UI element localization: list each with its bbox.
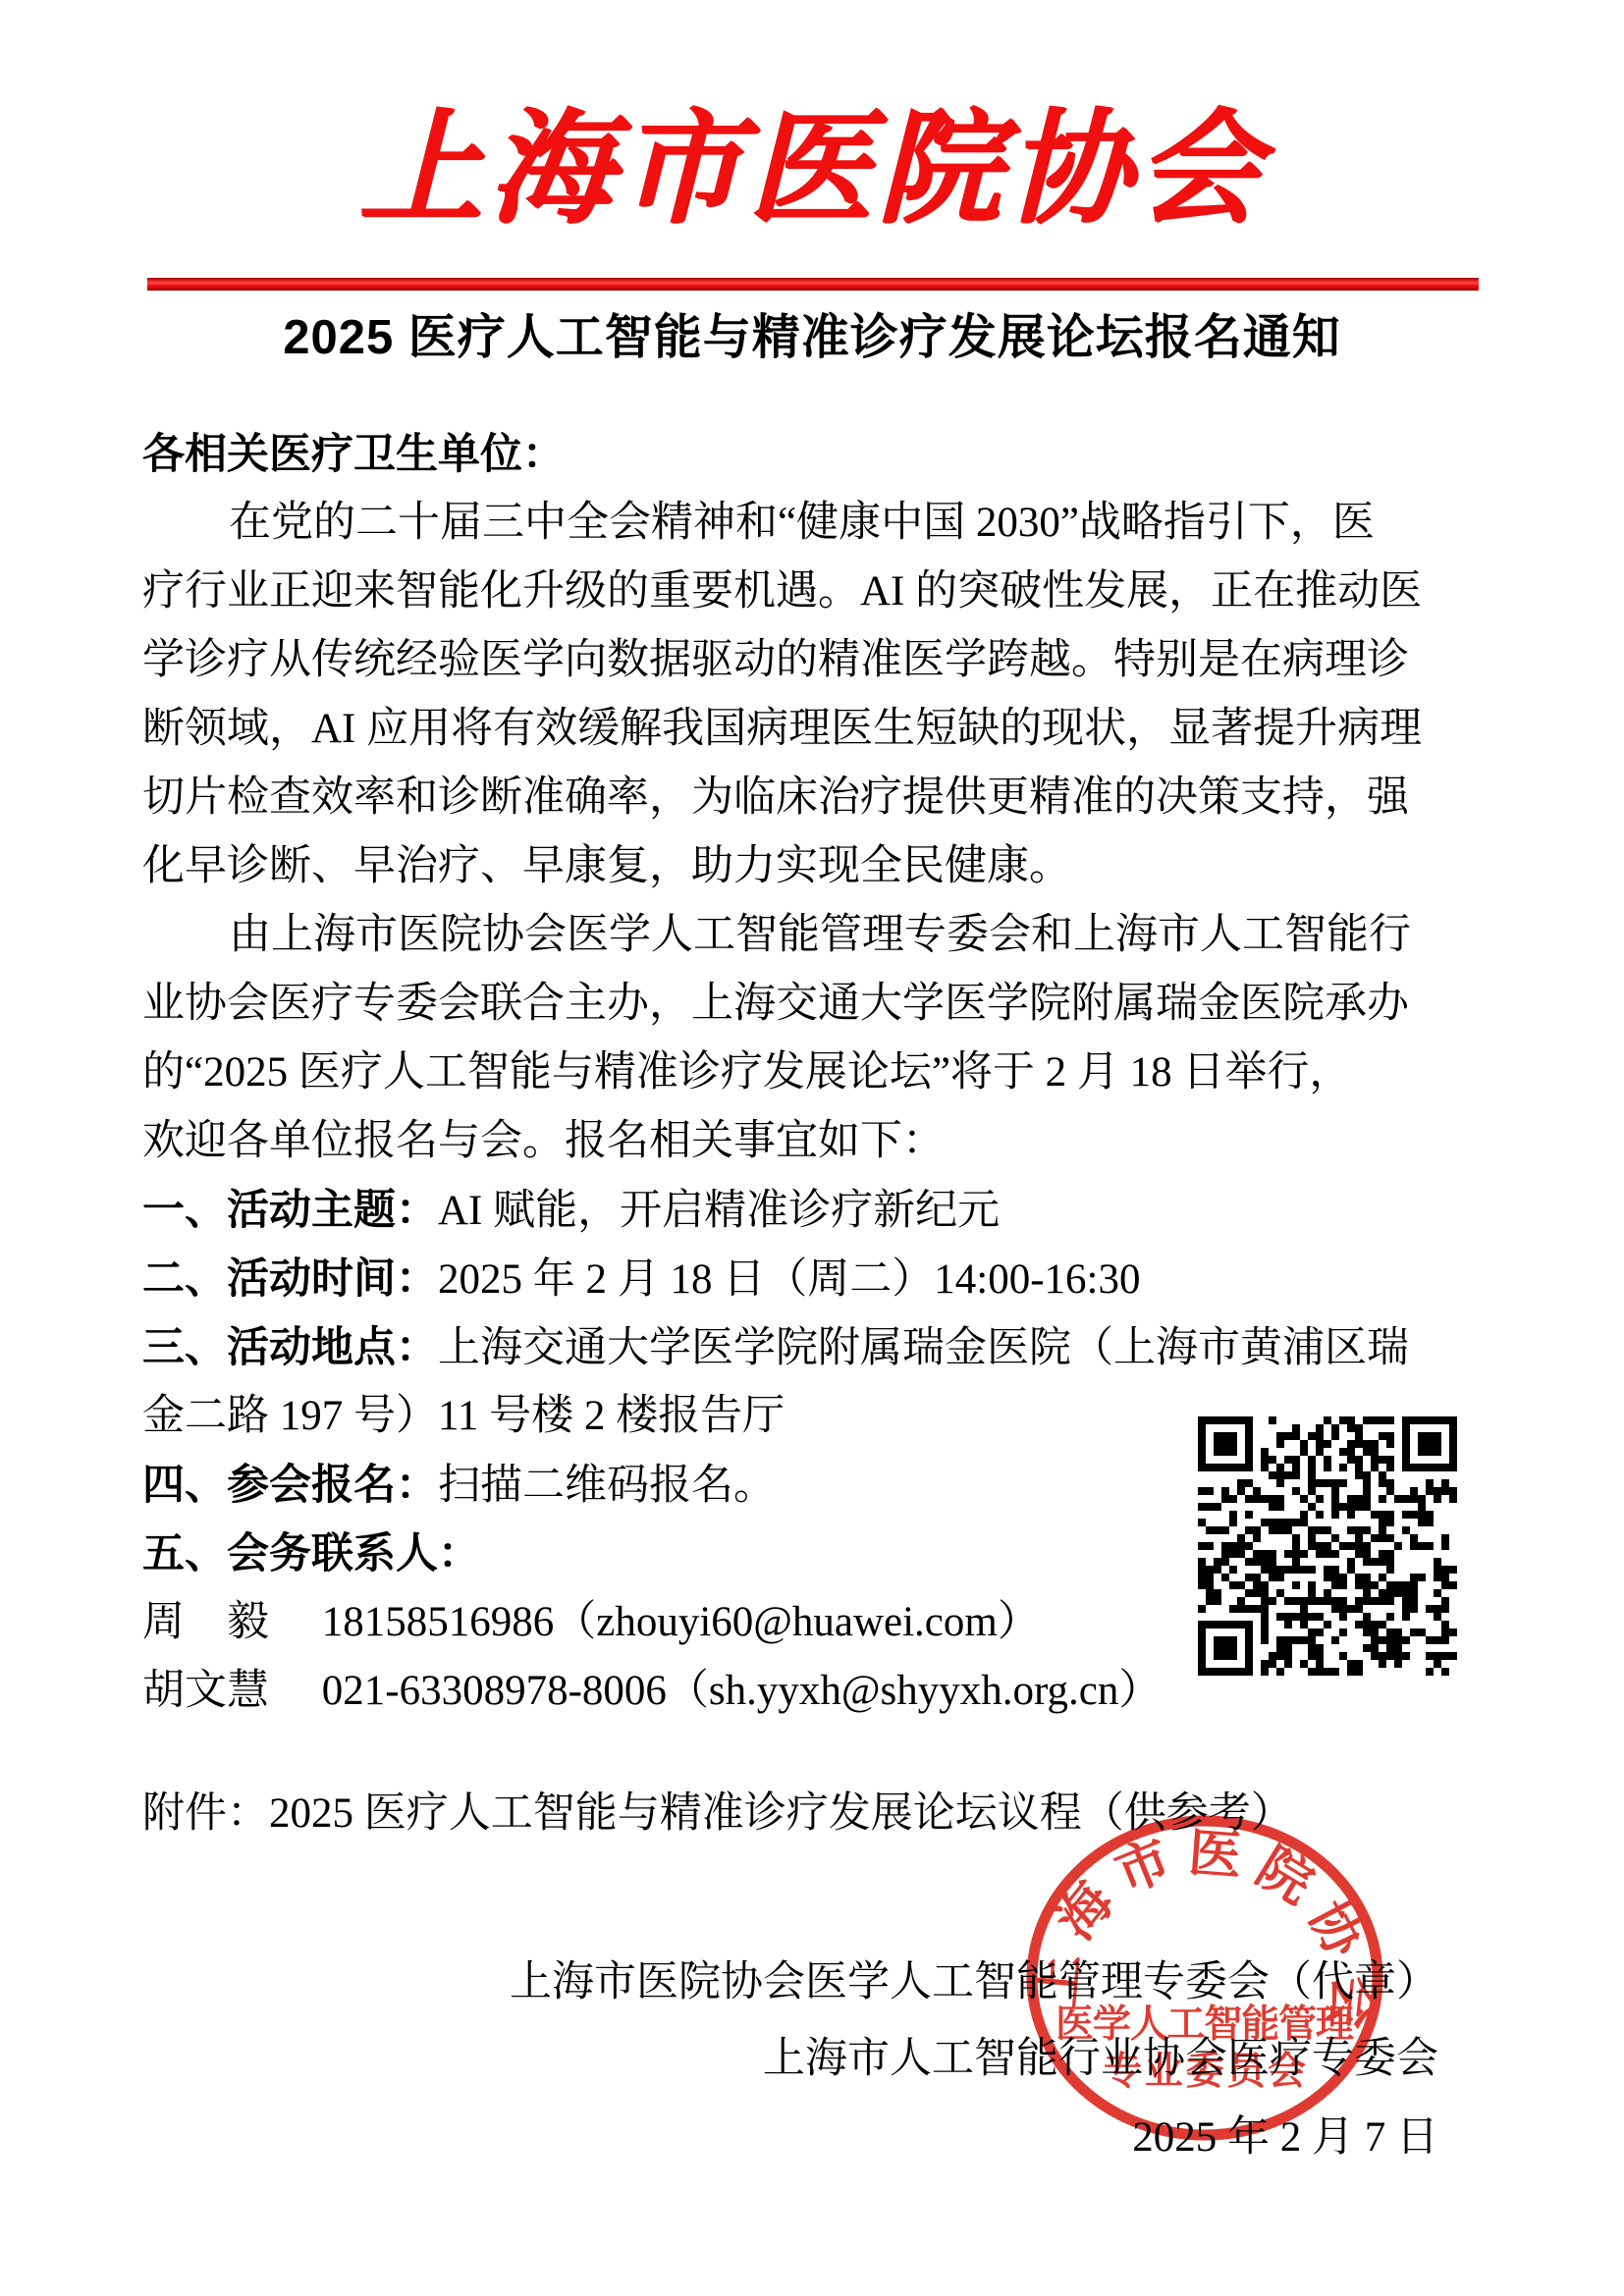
item-venue-label: 三、活动地点：: [142, 1324, 438, 1371]
letterhead-divider-rule: [147, 278, 1479, 291]
item-theme-label: 一、活动主题：: [142, 1187, 438, 1234]
signature-date: 2025 年 2 月 7 日: [142, 2112, 1438, 2163]
signature-committee-2: 上海市人工智能行业协会医疗专委会: [142, 2034, 1438, 2085]
signature-committee-1: 上海市医院协会医学人工智能管理专委会（代章）: [142, 1957, 1438, 2008]
paragraph1-line: 疗行业正迎来智能化升级的重要机遇。AI 的突破性发展，正在推动医: [142, 558, 1488, 626]
item-time-text: 2025 年 2 月 18 日（周二）14:00-16:30: [438, 1256, 1140, 1303]
item-theme: 一、活动主题：AI 赋能，开启精准诊疗新纪元: [142, 1176, 1488, 1245]
item-registration-label: 四、参会报名：: [142, 1462, 438, 1509]
item-time-label: 二、活动时间：: [142, 1255, 438, 1303]
paragraph2-line: 业协会医疗专委会联合主办，上海交通大学医学院附属瑞金医院承办: [142, 970, 1488, 1039]
item-registration-text: 扫描二维码报名。: [438, 1463, 776, 1509]
org-letterhead-title: 上海市医院协会: [0, 106, 1624, 236]
notice-page: { "doc": { "org_header": "上海市医院协会", "tit…: [0, 0, 1624, 2296]
item-contacts-label: 五、会务联系人：: [142, 1530, 480, 1577]
paragraph1-line: 断领域，AI 应用将有效缓解我国病理医生短缺的现状，显著提升病理: [142, 695, 1488, 764]
item-theme-text: AI 赋能，开启精准诊疗新纪元: [438, 1188, 1000, 1234]
item-time: 二、活动时间：2025 年 2 月 18 日（周二）14:00-16:30: [142, 1245, 1488, 1313]
qr-code-image: [1198, 1416, 1457, 1676]
paragraph1-line: 切片检查效率和诊断准确率，为临床治疗提供更精准的决策支持，强: [142, 764, 1488, 832]
paragraph2-line: 由上海市医院协会医学人工智能管理专委会和上海市人工智能行: [142, 901, 1488, 970]
item-venue: 三、活动地点：上海交通大学医学院附属瑞金医院（上海市黄浦区瑞: [142, 1313, 1488, 1382]
paragraph1-line: 化早诊断、早治疗、早康复，助力实现全民健康。: [142, 832, 1488, 901]
paragraph1-line: 在党的二十届三中全会精神和“健康中国 2030”战略指引下，医: [142, 489, 1488, 558]
item-venue-text: 上海交通大学医学院附属瑞金医院（上海市黄浦区瑞: [438, 1325, 1409, 1371]
attachment-note: 附件：2025 医疗人工智能与精准诊疗发展论坛议程（供参考）: [142, 1787, 1488, 1842]
paragraph2-line: 欢迎各单位报名与会。报名相关事宜如下：: [142, 1107, 1488, 1176]
document-title: 2025 医疗人工智能与精准诊疗发展论坛报名通知: [0, 308, 1624, 367]
registration-qr-code: [1198, 1416, 1457, 1676]
paragraph2-line: 的“2025 医疗人工智能与精准诊疗发展论坛”将于 2 月 18 日举行，: [142, 1039, 1488, 1107]
paragraph1-line: 学诊疗从传统经验医学向数据驱动的精准医学跨越。特别是在病理诊: [142, 626, 1488, 695]
salutation: 各相关医疗卫生单位：: [142, 420, 1488, 489]
